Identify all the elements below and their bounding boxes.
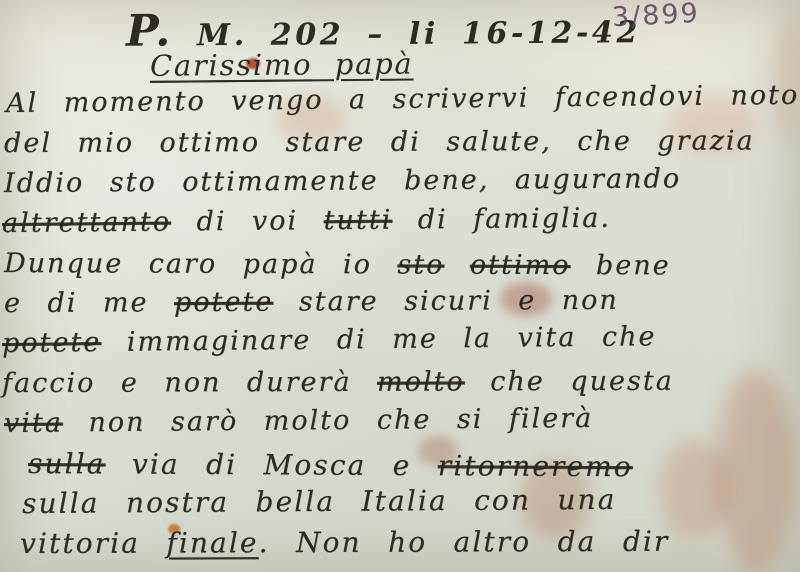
letter-page: P. M. 202 – li 16-12-42 3/899 Carissimo …: [0, 0, 800, 572]
letter-line: Al momento vengo a scrivervi facendovi n…: [6, 76, 798, 124]
letter-line: sulla nostra bella Italia con una: [22, 479, 798, 524]
handwritten-text: di famiglia.: [392, 203, 611, 236]
censored-word: potete: [2, 327, 102, 359]
handwritten-text: Al momento vengo a scrivervi facendovi n…: [6, 80, 800, 119]
handwritten-text: vittoria: [20, 526, 166, 560]
censored-word: sto: [397, 249, 444, 280]
handwritten-text: non sarò molto che si filerà: [63, 403, 594, 439]
letter-line: potete immaginare di me la vita che: [2, 316, 798, 364]
censored-word: ottimo: [470, 250, 571, 281]
letter-header: P. M. 202 – li 16-12-42 3/899: [0, 0, 800, 46]
handwritten-text: sulla nostra bella Italia con una: [22, 483, 617, 520]
handwritten-text: Dunque caro papà io: [4, 248, 397, 280]
censored-word: ritorneremo: [438, 449, 633, 483]
censored-word: potete: [174, 287, 274, 319]
handwritten-text: via di Mosca e: [105, 447, 437, 482]
handwritten-text: e di me: [4, 287, 174, 319]
handwritten-text: che questa: [465, 366, 674, 398]
handwritten-text: Carissimo: [150, 47, 313, 82]
censored-word: molto: [377, 366, 465, 397]
handwritten-text: finale: [166, 526, 258, 559]
handwritten-text: di voi: [171, 205, 324, 237]
handwritten-text: faccio e non durerà: [2, 367, 377, 399]
handwritten-text: bene: [570, 250, 670, 281]
censored-word: vita: [4, 407, 63, 439]
handwritten-text: del mio ottimo stare di salute, che graz…: [4, 125, 755, 159]
letter-body: Al momento vengo a scrivervi facendovi n…: [0, 84, 800, 564]
censored-word: sulla: [28, 447, 106, 480]
censored-word: altrettanto: [2, 207, 171, 239]
letter-line: altrettanto di voi tutti di famiglia.: [2, 197, 798, 244]
handwritten-text: immaginare di me la vita che: [101, 321, 656, 358]
handwritten-text: papà: [312, 47, 414, 82]
handwritten-text: stare sicuri e non: [273, 285, 619, 318]
letter-line: del mio ottimo stare di salute, che graz…: [4, 121, 798, 164]
handwritten-text: [444, 250, 470, 281]
handwritten-text: . Non ho altro da dir: [258, 525, 669, 559]
letter-line: vittoria finale. Non ho altro da dir: [20, 521, 798, 564]
handwritten-text: Iddio sto ottimamente bene, augurando: [4, 163, 681, 199]
censored-word: tutti: [323, 205, 392, 237]
archive-number: 3/899: [611, 0, 700, 33]
letter-line: vita non sarò molto che si filerà: [4, 397, 798, 444]
